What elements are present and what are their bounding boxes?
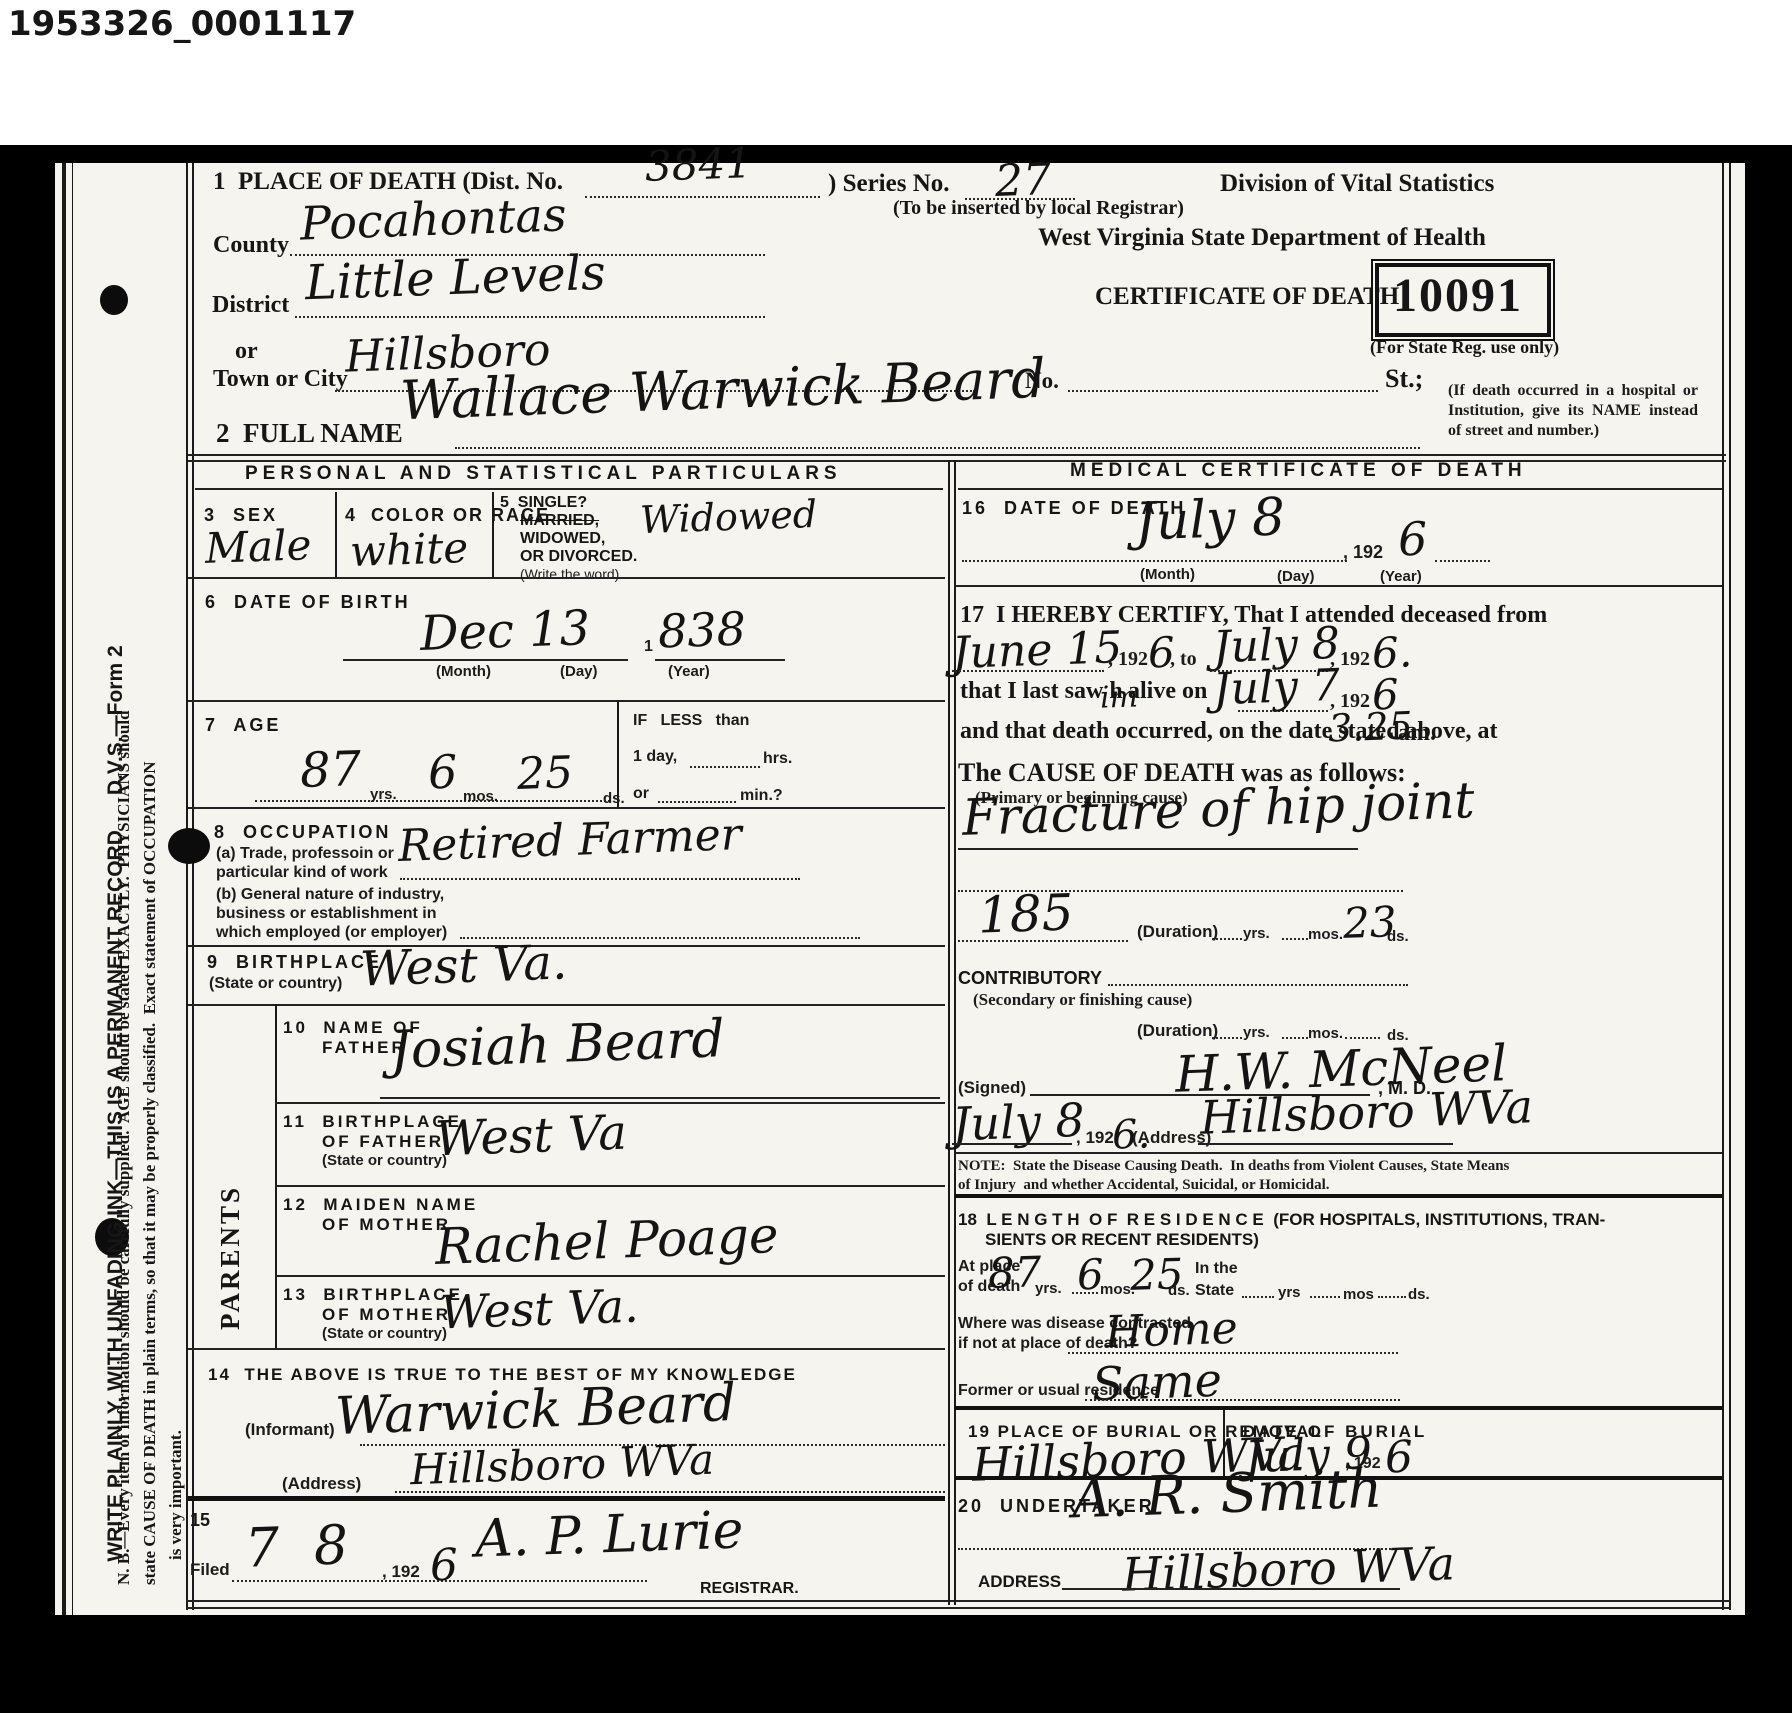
row-dod-bottom [955, 585, 1722, 587]
ifless-line1: IF LESS than [633, 712, 749, 730]
header-rule-1 [188, 454, 1726, 456]
last-saw-label2: alive on [1128, 678, 1207, 705]
field9-birthplace-label: 9 BIRTHPLACE [207, 952, 382, 973]
row-birthplace-bottom [188, 1004, 945, 1006]
row-dob-bottom [188, 700, 945, 702]
registrar-note: (To be inserted by local Registrar) [893, 197, 1184, 220]
street-no-line [1068, 390, 1378, 392]
row-age-bottom [188, 807, 945, 809]
duration2-mos-line [1282, 1037, 1308, 1039]
cause-line1 [958, 848, 1358, 850]
field2-full-name-label: 2 FULL NAME [216, 418, 403, 449]
field12-label1: 12 MAIDEN NAME [283, 1195, 478, 1215]
margin-nb-line1: N. B.—Every item of information should b… [114, 155, 134, 1585]
ifless-box-divider [617, 700, 619, 807]
registrar-signature: A. P. Lurie [474, 1500, 744, 1569]
mother-name-value: Rachel Poage [434, 1206, 779, 1276]
state-yrs-line [1242, 1296, 1274, 1298]
race-marital-divider [492, 492, 494, 577]
father-line [380, 1097, 940, 1099]
field11-sublabel: (State or country) [322, 1152, 447, 1169]
field8b-line1: (b) General nature of industry, [216, 886, 444, 904]
right-section-header: MEDICAL CERTIFICATE OF DEATH [1070, 460, 1527, 482]
former-residence-line [1085, 1399, 1400, 1401]
sex-race-divider [335, 492, 337, 577]
registrar-label: REGISTRAR. [700, 1580, 799, 1598]
father-name-value: Josiah Beard [389, 1009, 726, 1081]
district-value: Little Levels [304, 245, 606, 311]
dob-year-value: 838 [657, 601, 747, 658]
field8b-line2: business or establishment in [216, 905, 437, 923]
row-father-bottom [275, 1102, 945, 1104]
from-192-label: , 192 [1108, 648, 1148, 671]
dob-year-sublabel: (Year) [668, 663, 710, 680]
dist-no-value: 3841 [644, 138, 753, 191]
inthe-label2: State [1195, 1282, 1234, 1300]
parents-inner-divider [275, 1004, 277, 1348]
to-label: , to [1170, 648, 1197, 671]
duration-ds-label: ds. [1387, 928, 1409, 945]
signed-address-label: (Address) [1132, 1128, 1211, 1148]
field5-line3: WIDOWED, [520, 530, 605, 548]
field5-line2: MARRIED, [520, 512, 599, 530]
age-yrs-label: yrs. [370, 786, 397, 803]
duration-yrs-label: yrs. [1243, 925, 1270, 942]
attended-from-line [952, 670, 1104, 672]
full-name-line [455, 447, 1420, 449]
field6-dob-label: 6 DATE OF BIRTH [205, 592, 411, 613]
ifless-hrs-label: hrs. [763, 750, 792, 768]
duration-yrs-line [1212, 938, 1242, 940]
undertaker-address-line [1062, 1588, 1400, 1590]
signed-192-label: , 192 [1076, 1128, 1114, 1148]
race-value: white [349, 523, 469, 576]
ifless-or-label: or [633, 785, 649, 803]
signed-date-line [952, 1143, 1072, 1145]
marital-value: Widowed [639, 492, 818, 542]
age-months-value: 6 [427, 745, 458, 800]
dod-day-sublabel: (Day) [1277, 568, 1315, 585]
field13-label2: OF MOTHER [322, 1305, 451, 1325]
filed-year-value: 6 [429, 1540, 459, 1592]
st-label: St.; [1385, 364, 1423, 394]
mother-birthplace-value: West Va. [439, 1279, 639, 1340]
occupation-line [400, 878, 800, 880]
contributory-sublabel: (Secondary or finishing cause) [973, 990, 1192, 1010]
field5-note: (Write the word) [520, 566, 619, 582]
filed-date-value: 7 8 [244, 1513, 349, 1580]
left-section-header: PERSONAL AND STATISTICAL PARTICULARS [245, 463, 842, 485]
state-reg-note: (For State Reg. use only) [1370, 337, 1559, 358]
dod-value: July 8 [1134, 487, 1286, 552]
margin-nb-line3: is very important. [166, 1260, 186, 1560]
age-days-value: 25 [516, 747, 574, 800]
am-label: am. [1398, 720, 1436, 747]
last-saw-date-value: July 7 [1212, 660, 1341, 715]
county-label: County [213, 232, 289, 259]
dob-day-sublabel: (Day) [560, 663, 598, 680]
residence-ds-label: ds. [1168, 1282, 1190, 1299]
state-yrs-label: yrs [1278, 1284, 1301, 1301]
note-top-rule [955, 1152, 1722, 1154]
field15-number: 15 [190, 1510, 210, 1531]
field5-line4: OR DIVORCED. [520, 548, 637, 566]
field18-label1: 18 L E N G T H O F R E S I D E N C E (FO… [958, 1210, 1605, 1230]
border-bottom-inner [186, 1607, 1731, 1609]
sex-value: Male [204, 520, 312, 573]
age-years-value: 87 [299, 741, 362, 799]
field9-sublabel: (State or country) [209, 975, 342, 993]
duration2-label: (Duration) [1137, 1021, 1218, 1041]
duration2-yrs-label: yrs. [1243, 1024, 1270, 1041]
right-header-rule [958, 488, 1722, 490]
dod-line [962, 560, 1347, 562]
parents-vertical-label: PARENTS [215, 1000, 246, 1330]
scan-id-label: 1953326_0001117 [8, 4, 356, 44]
informant-address-line [395, 1491, 945, 1493]
filed-label: Filed [190, 1560, 230, 1580]
ifless-min-line [658, 801, 736, 803]
series-no-label: ) Series No. [828, 170, 950, 198]
residence-yrs-label: yrs. [1035, 1280, 1062, 1297]
age-line [255, 800, 610, 802]
state-mos-label: mos [1343, 1286, 1374, 1303]
dob-line [343, 659, 628, 661]
inthe-label1: In the [1195, 1260, 1238, 1278]
duration-label: (Duration) [1137, 922, 1218, 942]
duration-mos-line [1282, 938, 1308, 940]
certificate-of-death-label: CERTIFICATE OF DEATH [1095, 283, 1399, 311]
county-value: Pocahontas [299, 187, 567, 250]
field8-occupation-label: 8 OCCUPATION [214, 822, 391, 843]
contributory-label: CONTRIBUTORY [958, 968, 1102, 989]
row14-thick-rule [188, 1496, 945, 1501]
dod-month-sublabel: (Month) [1140, 566, 1195, 583]
fold-line-thin [72, 163, 73, 1615]
district-label: District [212, 292, 289, 319]
former-residence-value: Same [1091, 1353, 1223, 1411]
scanned-death-certificate: 1953326_0001117 WRITE PLAINLY, WITH UNFA… [0, 0, 1792, 1713]
note-bottom-rule [955, 1194, 1722, 1198]
ink-blot [168, 828, 210, 864]
dob-month-sublabel: (Month) [436, 663, 491, 680]
division-title: Division of Vital Statistics [1220, 170, 1494, 198]
hospital-note: (If death occurred in a hospital or Inst… [1448, 381, 1698, 441]
field13-sublabel: (State or country) [322, 1325, 447, 1342]
column-divider-1 [948, 460, 950, 1605]
field8a-line1: (a) Trade, professoin or [216, 845, 394, 863]
ifless-min-label: min.? [740, 787, 783, 805]
border-left-inner [192, 163, 194, 1610]
dod-192-label: , 192 [1343, 542, 1383, 563]
ifless-hrs-line [690, 766, 760, 768]
state-ds-line [1378, 1296, 1406, 1298]
border-bottom-outer [186, 1600, 1731, 1602]
dob-value: Dec 13 [419, 600, 591, 662]
row-mother-bottom [275, 1275, 945, 1277]
field11-label2: OF FATHER [322, 1132, 444, 1152]
cause-code-value: 185 [977, 883, 1074, 944]
fold-line [62, 163, 66, 1615]
field13-label1: 13 BIRTHPLACE [283, 1285, 463, 1305]
row-father-bp-bottom [275, 1185, 945, 1187]
filed-192-label: , 192 [382, 1562, 420, 1582]
informant-address-label: (Address) [282, 1474, 361, 1494]
field5-line1: 5 SINGLE? [500, 494, 587, 512]
undertaker-signature: A. R. Smith [1071, 1457, 1383, 1531]
or-label: or [235, 338, 258, 365]
age-mos-label: mos. [463, 788, 498, 805]
state-mos-line [1310, 1296, 1340, 1298]
town-label: Town or City [213, 366, 348, 393]
age-ds-label: ds. [603, 790, 625, 807]
duration2-yrs-line [1212, 1037, 1242, 1039]
note-line2: of Injury and whether Accidental, Suicid… [958, 1177, 1330, 1194]
dod-year-line [1435, 560, 1490, 562]
dob-year-prefix: 1 [644, 638, 653, 656]
row18-bottom-rule [955, 1406, 1722, 1410]
certificate-number: 10091 [1393, 268, 1523, 323]
father-birthplace-value: West Va [434, 1105, 628, 1168]
dod-year-sublabel: (Year) [1380, 568, 1422, 585]
dod-year-value: 6 [1397, 512, 1428, 567]
border-left-outer [186, 163, 188, 1610]
birthplace-value: West Va. [359, 934, 568, 997]
informant-label: (Informant) [245, 1420, 335, 1440]
row-sex-bottom [188, 577, 945, 579]
contracted-line [1068, 1352, 1398, 1354]
contributory-line [1108, 984, 1408, 986]
state-dept-title: West Virginia State Department of Health [1038, 224, 1486, 252]
dob-year-line [655, 659, 785, 661]
border-right-inner [1722, 163, 1724, 1610]
last-saw-label1: that I last saw h [960, 678, 1123, 705]
row-mother-bp-bottom [188, 1348, 945, 1350]
ifless-line2: 1 day, [633, 748, 677, 766]
contracted-value: Home [1104, 1303, 1238, 1359]
field8a-line2: particular kind of work [216, 864, 388, 882]
left-header-rule [195, 488, 943, 490]
margin-nb-line2: state CAUSE OF DEATH in plain terms, so … [140, 155, 160, 1585]
field7-age-label: 7 AGE [205, 715, 281, 736]
field12-label2: OF MOTHER [322, 1215, 451, 1235]
border-right-outer [1729, 163, 1731, 1610]
duration-mos-label: mos. [1308, 926, 1343, 943]
undertaker-address-label: ADDRESS [978, 1572, 1061, 1592]
note-line1: NOTE: State the Disease Causing Death. I… [958, 1158, 1509, 1175]
district-line [295, 316, 765, 318]
dist-no-line [585, 196, 820, 198]
state-ds-label: ds. [1408, 1286, 1430, 1303]
cause-code-line [958, 940, 1128, 942]
